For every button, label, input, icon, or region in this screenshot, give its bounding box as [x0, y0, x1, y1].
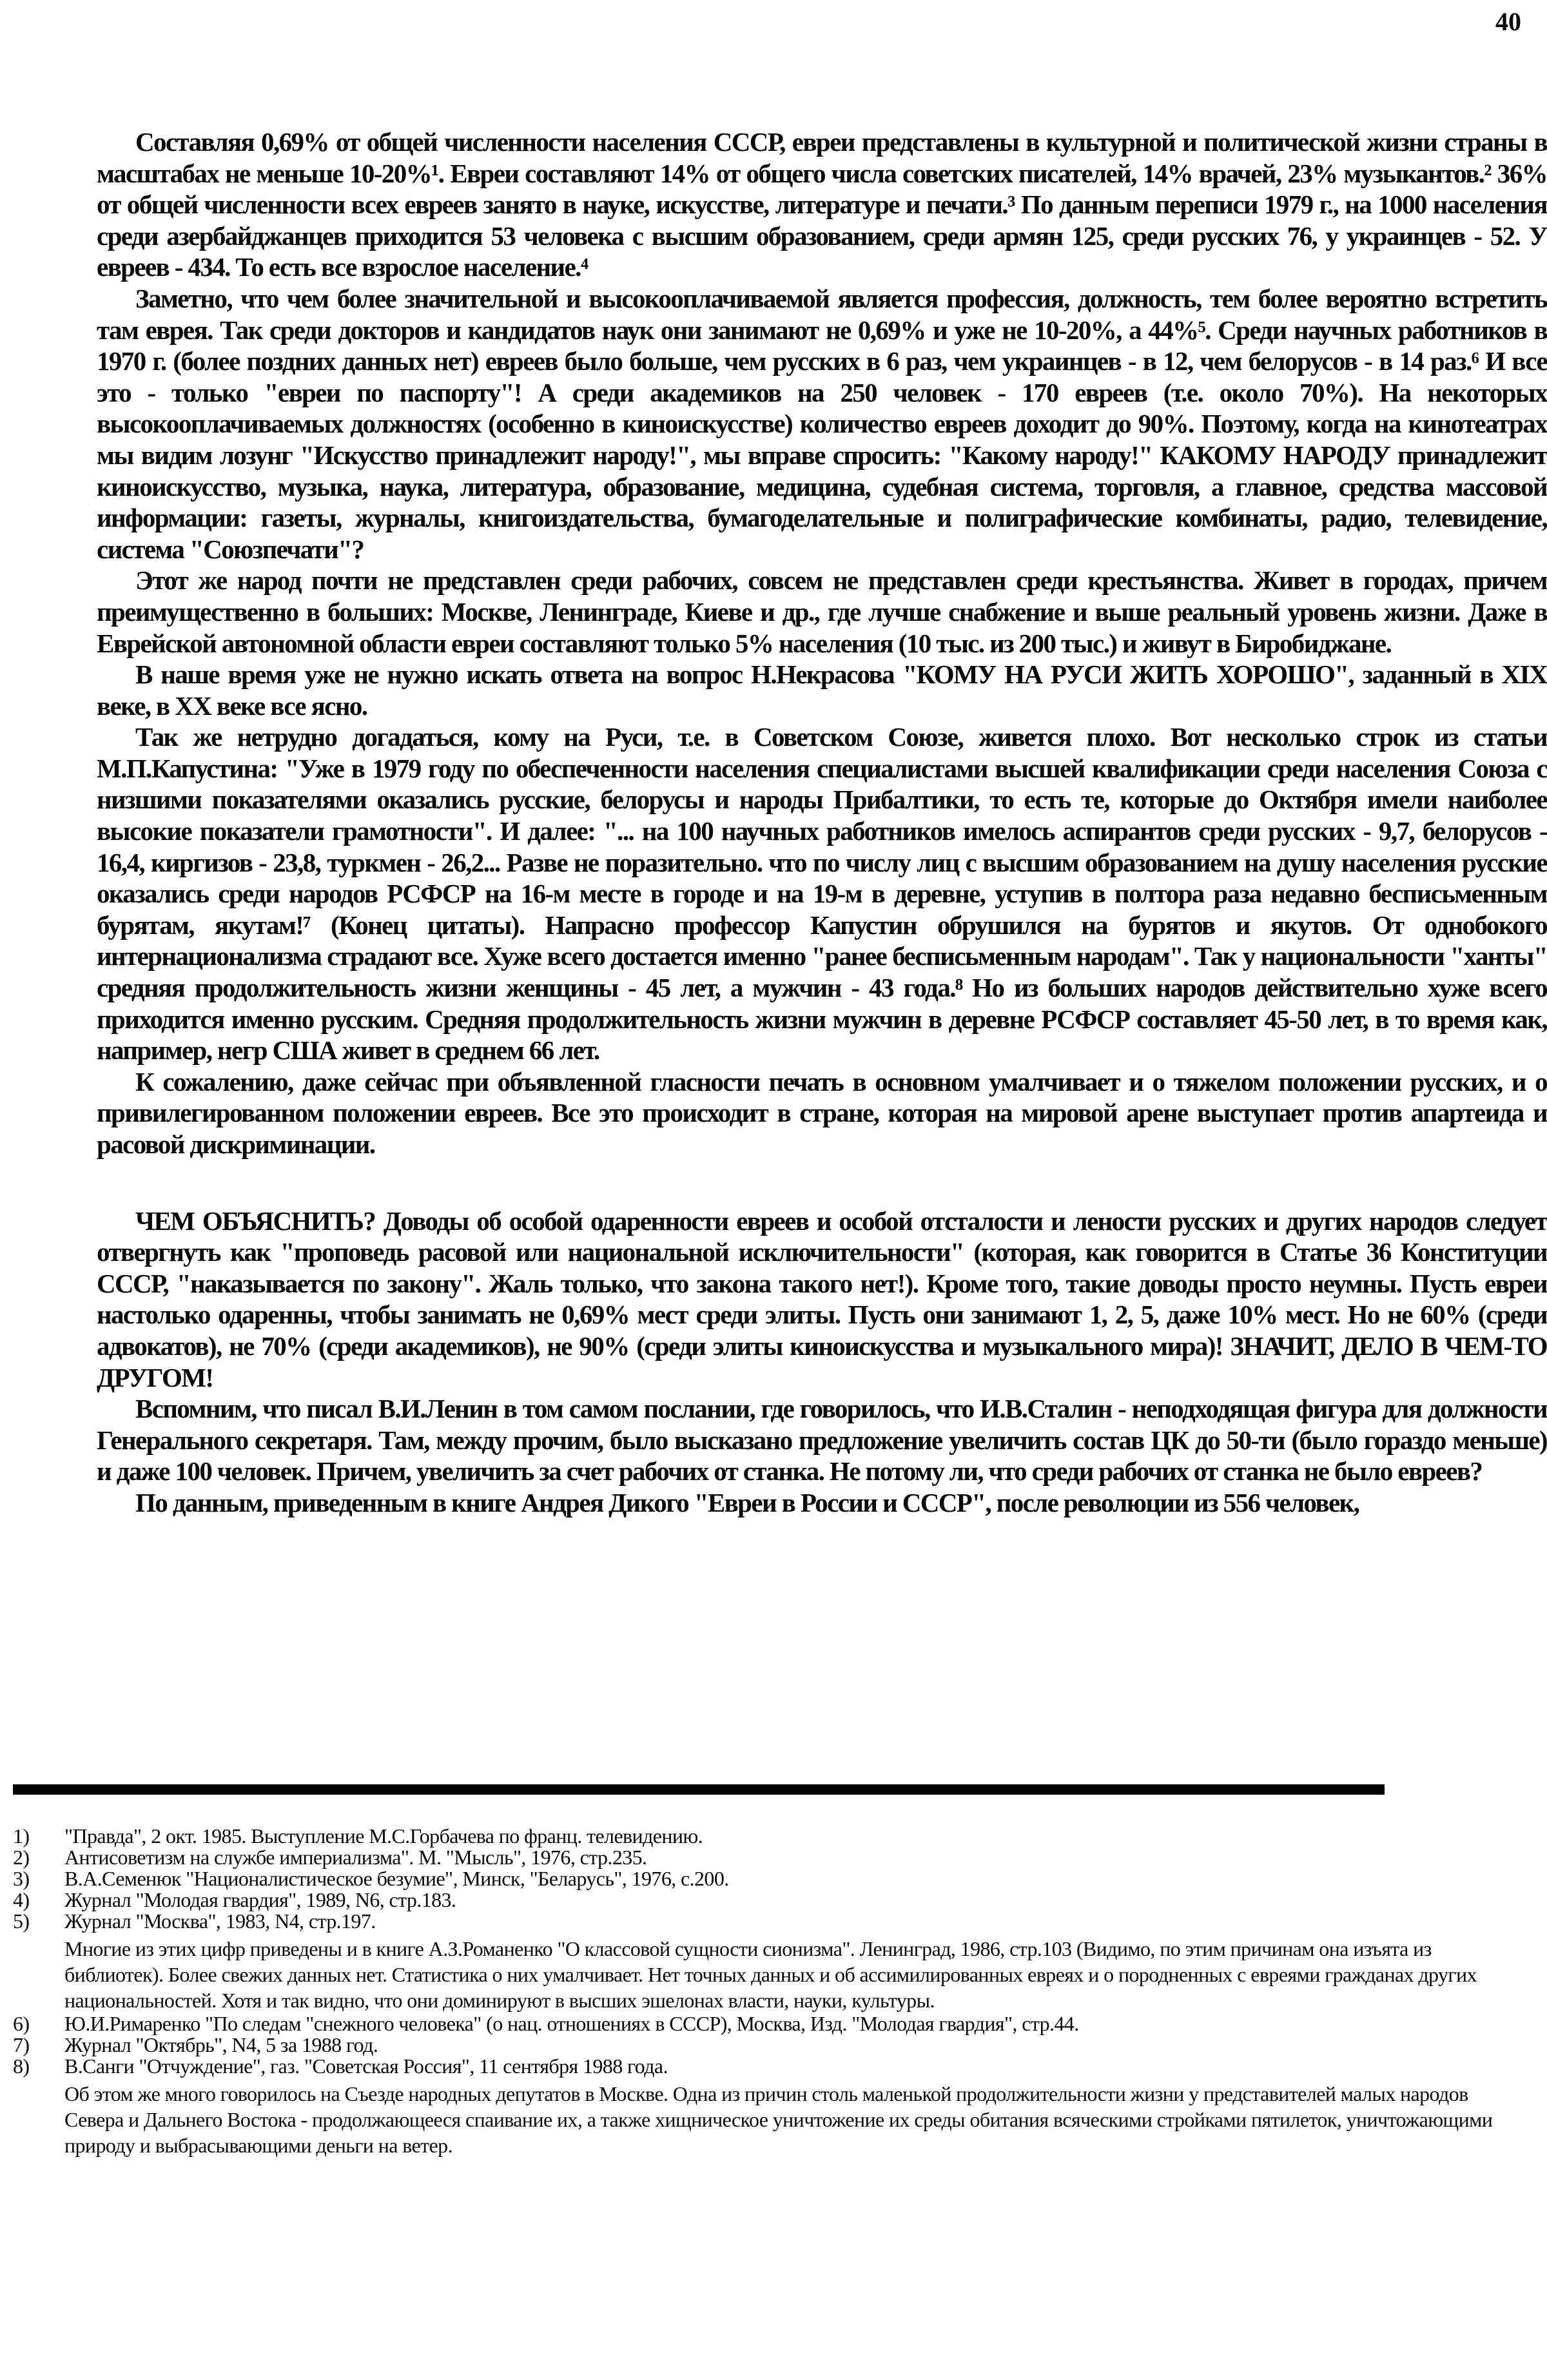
- footnote-text: Ю.И.Римаренко "По следам "снежного челов…: [64, 2013, 1521, 2034]
- footnote: 3)В.А.Семенюк "Националистическое безуми…: [13, 1868, 1521, 1889]
- footnote-number: 4): [13, 1889, 64, 1911]
- footnote-number: 3): [13, 1868, 64, 1889]
- footnote-text: В.Санги "Отчуждение", газ. "Советская Ро…: [64, 2056, 1521, 2077]
- paragraph: Вспомним, что писал В.И.Ленин в том само…: [97, 1393, 1547, 1487]
- footnote: 2)Антисоветизм на службе империализма". …: [13, 1847, 1521, 1868]
- footnote-text: В.А.Семенюк "Националистическое безумие"…: [64, 1868, 1521, 1889]
- paragraph: К сожалению, даже сейчас при объявленной…: [97, 1066, 1547, 1160]
- footnote-number: 2): [13, 1847, 64, 1868]
- footnote-number: 8): [13, 2056, 64, 2077]
- paragraph: По данным, приведенным в книге Андрея Ди…: [97, 1487, 1547, 1519]
- footnote-number: 7): [13, 2034, 64, 2056]
- paragraph: Этот же народ почти не представлен среди…: [97, 565, 1547, 659]
- page-number: 40: [1495, 6, 1521, 37]
- footnote-text: Журнал "Москва", 1983, N4, стр.197.: [64, 1911, 1521, 1932]
- footnote: 7)Журнал "Октябрь", N4, 5 за 1988 год.: [13, 2034, 1521, 2056]
- paragraph: Так же нетрудно догадаться, кому на Руси…: [97, 721, 1547, 1066]
- footnote-note: Многие из этих цифр приведены и в книге …: [64, 1932, 1521, 2013]
- footnote-text: Журнал "Молодая гвардия", 1989, N6, стр.…: [64, 1889, 1521, 1911]
- footnote-note: Об этом же много говорилось на Съезде на…: [64, 2077, 1521, 2158]
- footnote: 5)Журнал "Москва", 1983, N4, стр.197.: [13, 1911, 1521, 1932]
- body-text: Составляя 0,69% от общей численности нас…: [97, 126, 1547, 1519]
- footnote-text: Антисоветизм на службе империализма". М.…: [64, 1847, 1521, 1868]
- footnote-number: 6): [13, 2013, 64, 2034]
- paragraph: Составляя 0,69% от общей численности нас…: [97, 126, 1547, 283]
- footnote: 8)В.Санги "Отчуждение", газ. "Советская …: [13, 2056, 1521, 2077]
- footnote-divider: [13, 1784, 1385, 1795]
- footnote: 6)Ю.И.Римаренко "По следам "снежного чел…: [13, 2013, 1521, 2034]
- footnote-text: Журнал "Октябрь", N4, 5 за 1988 год.: [64, 2034, 1521, 2056]
- footnote-text: "Правда", 2 окт. 1985. Выступление М.С.Г…: [64, 1826, 1521, 1847]
- paragraph: ЧЕМ ОБЪЯСНИТЬ? Доводы об особой одаренно…: [97, 1205, 1547, 1394]
- footnote-number: 1): [13, 1826, 64, 1847]
- paragraph: Заметно, что чем более значительной и вы…: [97, 283, 1547, 565]
- footnote: 1)"Правда", 2 окт. 1985. Выступление М.С…: [13, 1826, 1521, 1847]
- footnotes: 1)"Правда", 2 окт. 1985. Выступление М.С…: [13, 1826, 1521, 2158]
- footnote-number: 5): [13, 1911, 64, 1932]
- footnote: 4)Журнал "Молодая гвардия", 1989, N6, ст…: [13, 1889, 1521, 1911]
- paragraph: В наше время уже не нужно искать ответа …: [97, 659, 1547, 721]
